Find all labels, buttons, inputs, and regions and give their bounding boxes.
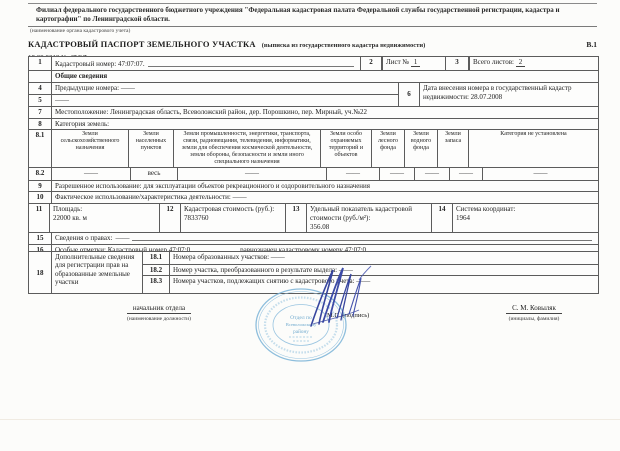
actual-use-cell: Фактическое использование/характеристика… <box>52 192 598 203</box>
row-number: 8 <box>29 119 52 130</box>
row-number: 9 <box>29 181 52 192</box>
cadastral-cost-label: Кадастровая стоимость (руб.): <box>184 205 282 214</box>
row-number: 18.2 <box>143 265 170 275</box>
row-number: 4 <box>29 83 52 94</box>
cadastral-cost-cell: Кадастровая стоимость (руб.): 7833760 <box>181 204 285 232</box>
row-number: 8.1 <box>29 130 52 166</box>
row-previous-numbers-group: 4 Предыдущие номера: —— 5 —— 6 Дата внес… <box>29 82 598 106</box>
document-title-note: (выписка из государственного кадастра не… <box>262 42 426 49</box>
category-value: —— <box>177 168 326 180</box>
category-value: —— <box>52 168 130 180</box>
category-water: Земли водного фонда <box>404 130 437 166</box>
category-forest: Земли лесного фонда <box>371 130 404 166</box>
cadastral-number-cell: Кадастровый номер: 47:07:07. <box>52 57 360 70</box>
previous-numbers-cell: Предыдущие номера: —— <box>52 83 398 94</box>
row-actual-use: 10 Фактическое использование/характерист… <box>29 191 598 203</box>
category-not-set: Категория не установлена <box>468 130 598 166</box>
cadastral-cost-value: 7833760 <box>184 214 282 223</box>
form-code: В.1 <box>586 40 597 49</box>
specific-cost-label: Удельный показатель кадастровой стоимост… <box>310 205 428 223</box>
row-number: 11 <box>29 204 50 232</box>
row-number: 12 <box>159 204 181 232</box>
title-row: КАДАСТРОВЫЙ ПАСПОРТ ЗЕМЕЛЬНОГО УЧАСТКА (… <box>28 39 597 49</box>
row-number: 6 <box>398 83 420 106</box>
blank-rule <box>132 240 592 241</box>
row-number: 2 <box>360 57 382 70</box>
row-rights: 15 Сведения о правах: —— <box>29 232 598 244</box>
total-sheets-cell: Всего листов: 2 <box>469 57 598 70</box>
row-number: 1 <box>29 57 52 70</box>
category-value: —— <box>379 168 414 180</box>
coordinate-system-label: Система координат: <box>456 205 595 214</box>
row-number: 18.1 <box>143 252 170 264</box>
row-area-cost: 11 Площадь: 22000 кв. м 12 Кадастровая с… <box>29 203 598 232</box>
paper-fold-line <box>0 419 620 420</box>
row-number: 8.2 <box>29 168 52 180</box>
row-general-section: Общие сведения <box>29 70 598 82</box>
area-cell: Площадь: 22000 кв. м <box>50 204 159 232</box>
row-location: 7 Местоположение: Ленинградская область,… <box>29 106 598 118</box>
row-number <box>29 71 52 82</box>
permitted-use-cell: Разрешенное использование: для эксплуата… <box>52 181 598 192</box>
sheet-cell: Лист № 1 <box>382 57 445 70</box>
area-label: Площадь: <box>53 205 156 214</box>
row-number: 18.3 <box>143 276 170 293</box>
row-land-category: 8 Категория земель: <box>29 118 598 130</box>
org-name-caption: (наименование органа кадастрового учета) <box>28 27 597 34</box>
row-number: 15 <box>29 233 52 244</box>
category-reserve: Земли запаса <box>437 130 468 166</box>
coordinate-system-value: 1964 <box>456 214 595 223</box>
official-position: начальник отдела <box>127 304 191 314</box>
row-formed-parcels: 18.1 Номера образованных участков: —— <box>143 252 598 264</box>
signer-name: С. М. Ковыляк <box>506 304 562 314</box>
category-value: весь <box>130 168 177 180</box>
row-5-value: —— <box>52 95 398 106</box>
signer-name-caption: (инициалы, фамилия) <box>473 316 595 322</box>
rights-cell: Сведения о правах: —— <box>52 233 598 244</box>
location-cell: Местоположение: Ленинградская область, В… <box>52 107 598 118</box>
date-entered-cell: Дата внесения номера в государственный к… <box>420 83 598 106</box>
transformed-parcel-cell: Номер участка, преобразованного в резуль… <box>170 265 598 275</box>
rights-label: Сведения о правах: <box>55 234 112 243</box>
row-number: 18 <box>29 252 52 293</box>
specific-cost-cell: Удельный показатель кадастровой стоимост… <box>307 204 431 232</box>
actual-use-label: Фактическое использование/характеристика… <box>55 193 231 201</box>
rights-value: —— <box>115 234 129 243</box>
row-previous-numbers: 4 Предыдущие номера: —— <box>29 83 398 94</box>
document-page: Филиал федерального государственного бюд… <box>0 0 620 451</box>
signature-strokes <box>293 264 381 334</box>
previous-numbers-left: 4 Предыдущие номера: —— 5 —— <box>29 83 398 106</box>
row-land-category-headers: 8.1 Земли сельскохозяйственного назначен… <box>29 129 598 166</box>
total-sheets-label: Всего листов: <box>473 58 514 66</box>
coordinate-system-cell: Система координат: 1964 <box>453 204 598 232</box>
row-land-category-values: 8.2 —— весь —— —— —— —— —— —— <box>29 167 598 180</box>
signer-name-block: С. М. Ковыляк (инициалы, фамилия) <box>473 304 595 322</box>
row-number: 10 <box>29 192 52 203</box>
sheet-label: Лист № <box>386 58 409 66</box>
total-sheets-value: 2 <box>516 58 526 67</box>
formed-parcels-cell: Номера образованных участков: —— <box>170 252 598 264</box>
category-industry: Земли промышленности, энергетики, трансп… <box>173 130 320 166</box>
previous-numbers-label: Предыдущие номера: <box>55 84 119 92</box>
blank-rule <box>148 66 354 67</box>
row-permitted-use: 9 Разрешенное использование: для эксплуа… <box>29 180 598 192</box>
cadastral-number-text: Кадастровый номер: 47:07:07. <box>55 60 145 69</box>
category-value: —— <box>414 168 449 180</box>
row-5: 5 —— <box>29 94 398 106</box>
handwritten-signature <box>293 264 381 334</box>
document-header: Филиал федерального государственного бюд… <box>28 3 597 63</box>
category-settlements: Земли населенных пунктов <box>128 130 173 166</box>
row-number: 13 <box>285 204 307 232</box>
land-category-label: Категория земель: <box>52 119 598 130</box>
specific-cost-value: 356.08 <box>310 223 428 232</box>
row-number: 3 <box>445 57 469 70</box>
category-value: —— <box>449 168 482 180</box>
additional-info-label: Дополнительные сведения для регистрации … <box>52 252 143 293</box>
official-position-caption: (наименование должности) <box>100 316 218 322</box>
org-name: Филиал федерального государственного бюд… <box>28 3 597 27</box>
category-value: —— <box>326 168 379 180</box>
sheet-value: 1 <box>411 58 421 67</box>
row-cadastral-number: 1 Кадастровый номер: 47:07:07. 2 Лист № … <box>29 57 598 70</box>
removed-parcels-cell: Номера участков, подлежащих снятию с кад… <box>170 276 598 293</box>
section-title: Общие сведения <box>52 71 598 82</box>
actual-use-value: —— <box>233 193 247 201</box>
row-number: 14 <box>431 204 453 232</box>
area-value: 22000 кв. м <box>53 214 156 223</box>
document-title: КАДАСТРОВЫЙ ПАСПОРТ ЗЕМЕЛЬНОГО УЧАСТКА <box>28 39 256 49</box>
official-position-block: начальник отдела (наименование должности… <box>100 304 218 322</box>
category-agricultural: Земли сельскохозяйственного назначения <box>52 130 128 166</box>
category-protected: Земли особо охраняемых территорий и объе… <box>320 130 371 166</box>
row-number: 5 <box>29 95 52 106</box>
category-value: —— <box>482 168 598 180</box>
previous-numbers-value: —— <box>121 84 135 92</box>
row-number: 7 <box>29 107 52 118</box>
cadastral-table: 1 Кадастровый номер: 47:07:07. 2 Лист № … <box>28 56 599 269</box>
